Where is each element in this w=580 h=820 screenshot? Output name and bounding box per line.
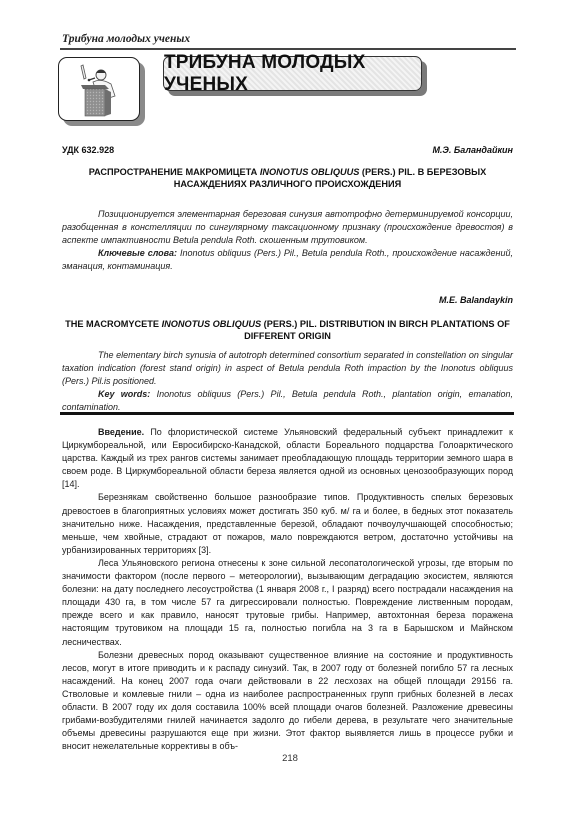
body-paragraph: Болезни древесных пород оказывают сущест… [62, 649, 513, 754]
title-en-species: INONOTUS OBLIQUUS [162, 319, 262, 329]
keywords-ru: Ключевые слова: Inonotus obliquus (Pers.… [62, 247, 513, 273]
header-rule [60, 48, 516, 50]
title-en-post: (PERS.) PIL. DISTRIBUTION IN BIRCH PLANT… [244, 319, 510, 341]
abstract-ru-text: Позиционируется элементарная березовая с… [62, 208, 513, 247]
author-ru: М.Э. Баландайкин [432, 145, 513, 155]
intro-label: Введение. [98, 427, 144, 437]
article-title-en: THE MACROMYCETE INONOTUS OBLIQUUS (PERS.… [62, 318, 513, 342]
abstract-en-text: The elementary birch synusia of autotrop… [62, 349, 513, 388]
banner-title: ТРИБУНА МОЛОДЫХ УЧЕНЫХ [164, 52, 421, 96]
body-paragraph: Введение. По флористической системе Улья… [62, 426, 513, 491]
speaker-at-podium-icon [58, 57, 140, 121]
article-title-ru: РАСПРОСТРАНЕНИЕ МАКРОМИЦЕТА INONOTUS OBL… [62, 166, 513, 190]
keywords-ru-label: Ключевые слова: [98, 248, 177, 258]
title-ru-pre: РАСПРОСТРАНЕНИЕ МАКРОМИЦЕТА [89, 167, 260, 177]
page-number: 218 [0, 753, 580, 764]
title-ru-species: INONOTUS OBLIQUUS [260, 167, 360, 177]
title-en-pre: THE MACROMYCETE [65, 319, 161, 329]
body-paragraph: Березнякам свойственно большое разнообра… [62, 491, 513, 556]
udk-code: УДК 632.928 [62, 145, 114, 155]
author-en: M.E. Balandaykin [439, 295, 513, 305]
article-body: Введение. По флористической системе Улья… [62, 426, 513, 753]
abstract-ru: Позиционируется элементарная березовая с… [62, 208, 513, 273]
abstract-en: The elementary birch synusia of autotrop… [62, 349, 513, 414]
section-banner: ТРИБУНА МОЛОДЫХ УЧЕНЫХ [163, 56, 422, 91]
body-paragraph: Леса Ульяновского региона отнесены к зон… [62, 557, 513, 649]
keywords-en-label: Key words: [98, 389, 150, 399]
keywords-en: Key words: Inonotus obliquus (Pers.) Pil… [62, 388, 513, 414]
running-head: Трибуна молодых ученых [62, 33, 190, 45]
section-separator [60, 412, 514, 415]
